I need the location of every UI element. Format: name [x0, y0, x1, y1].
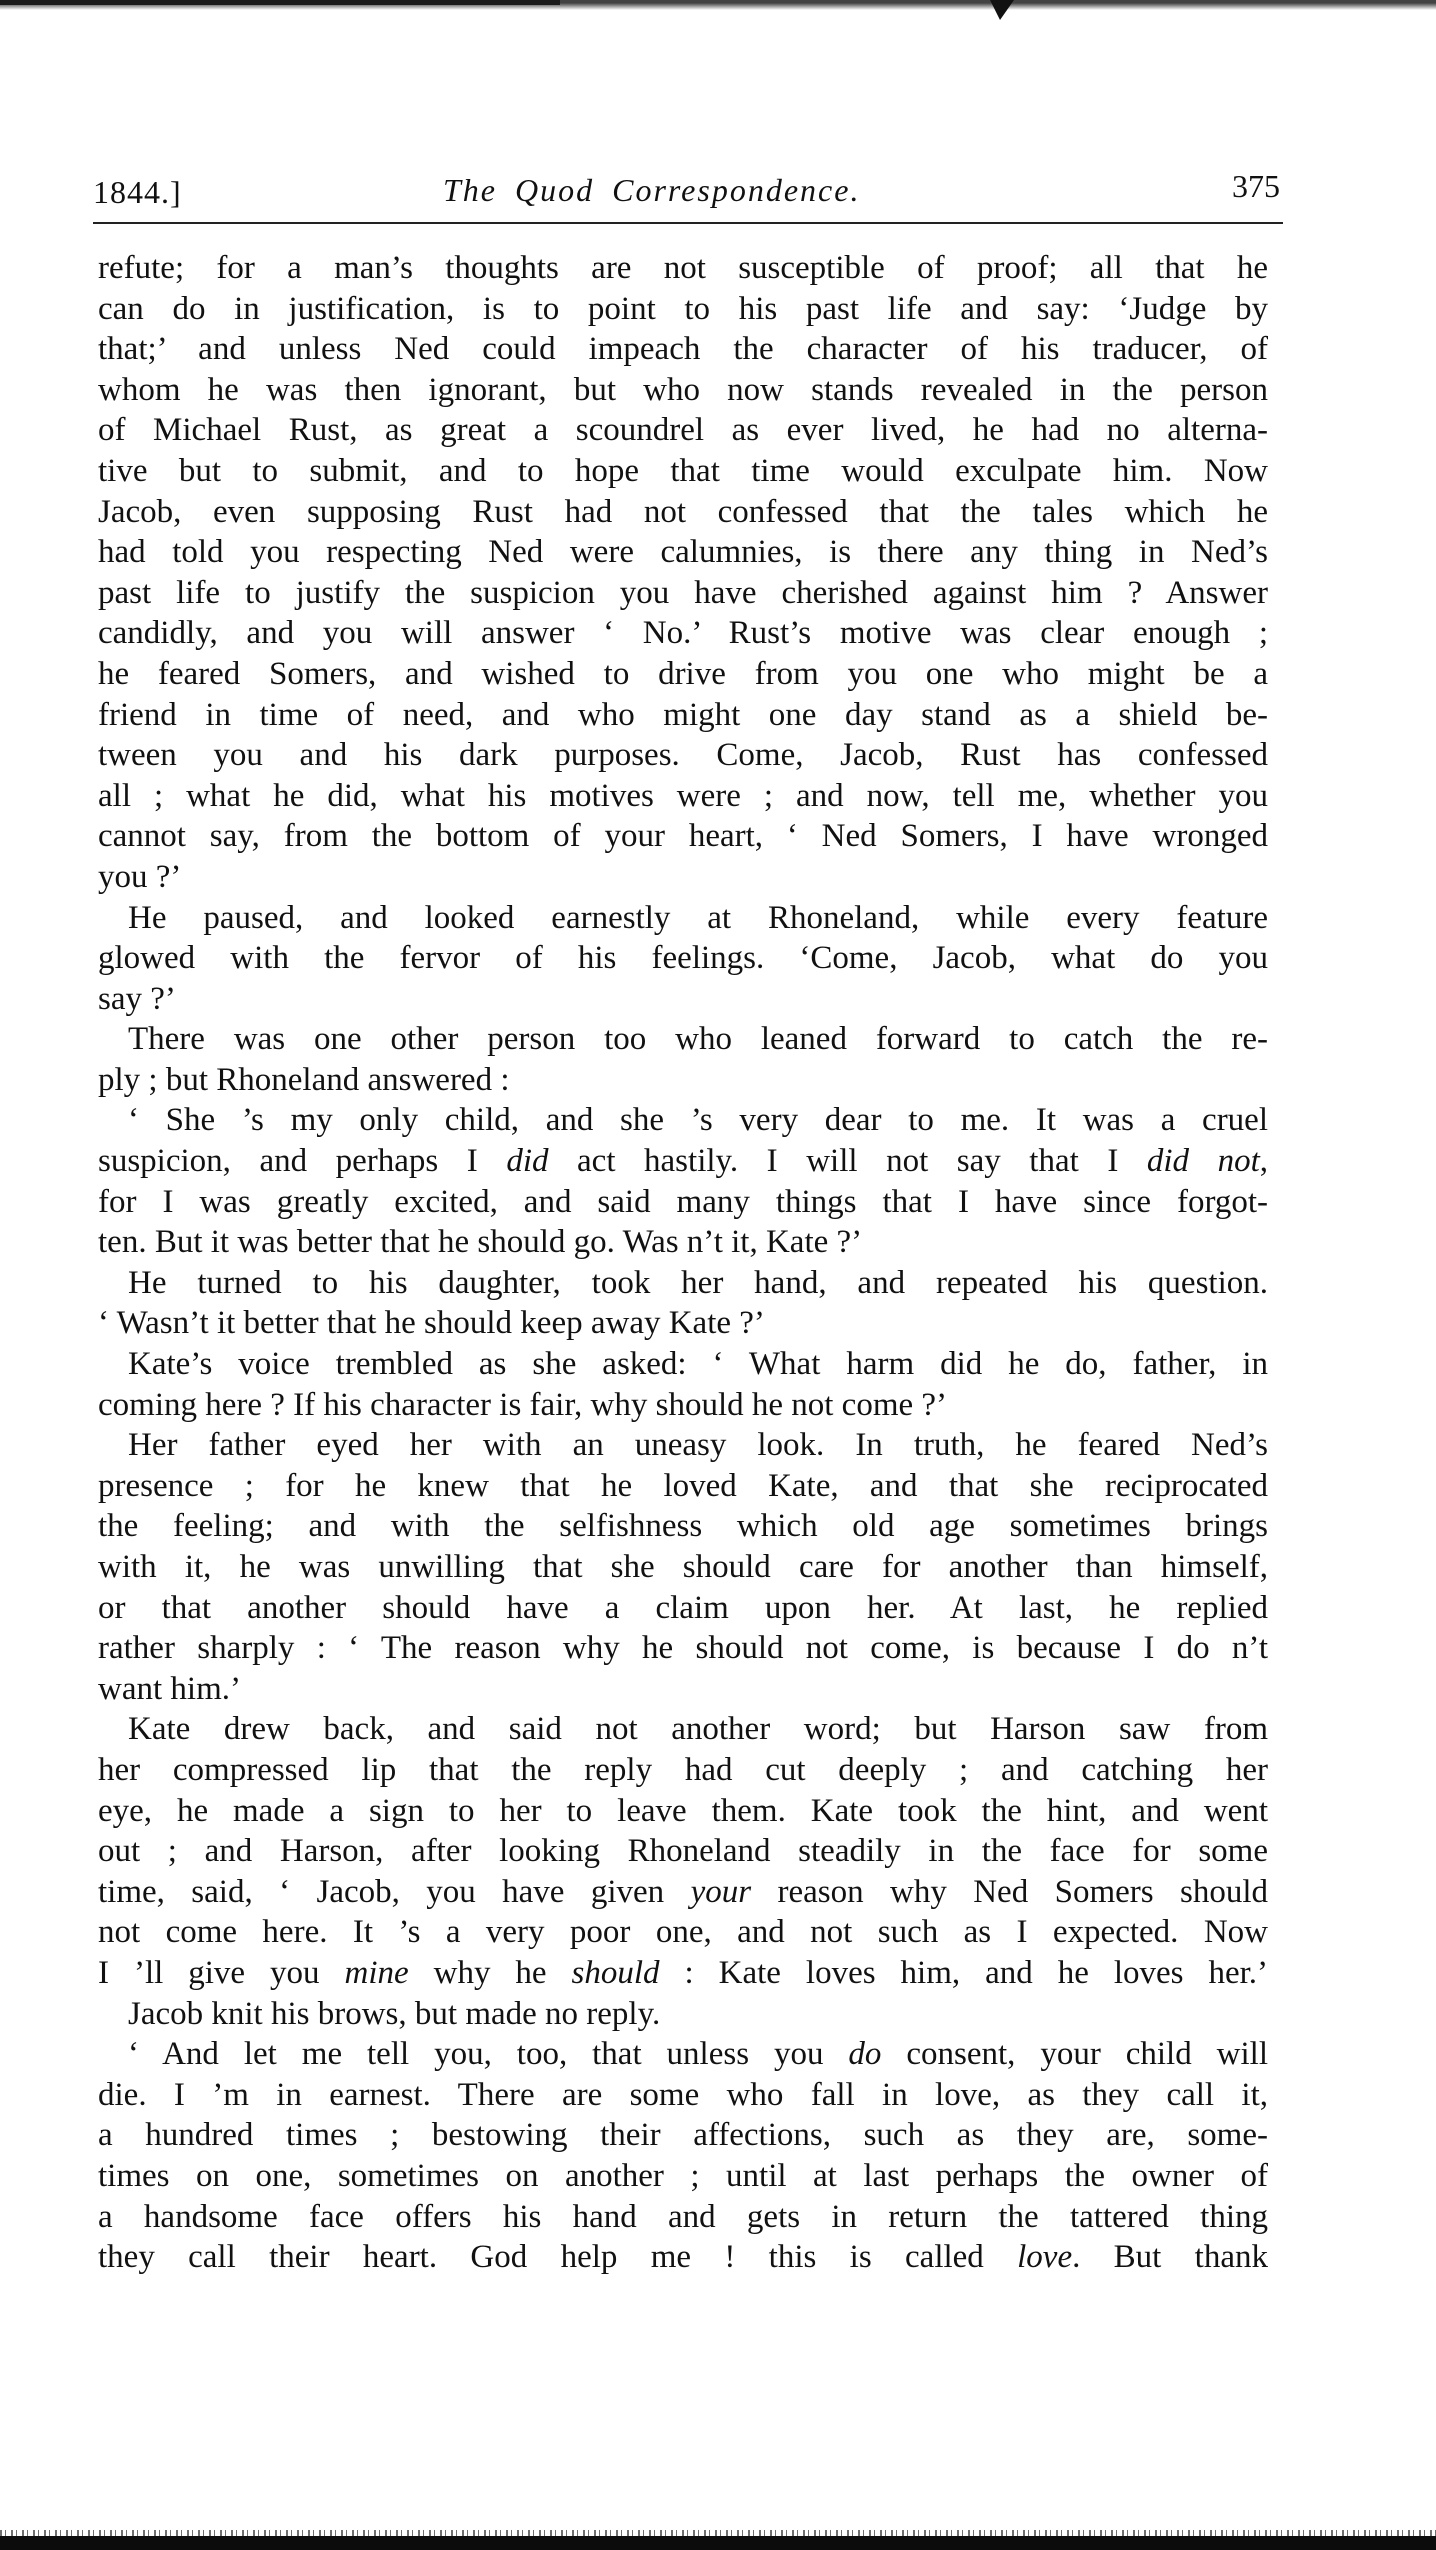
text-segment: why he — [409, 1955, 572, 1991]
scan-edge-bottom — [0, 2536, 1436, 2550]
text-segment: . But thank — [1072, 2239, 1268, 2275]
text-line: out ; and Harson, after looking Rhonelan… — [98, 1831, 1268, 1872]
text-line: past life to justify the suspicion you h… — [98, 573, 1268, 614]
text-line: times on one, sometimes on another ; unt… — [98, 2156, 1268, 2197]
text-line: ten. But it was better that he should go… — [98, 1222, 1268, 1263]
text-line: There was one other person too who leane… — [98, 1019, 1268, 1060]
text-line: suspicion, and perhaps I did act hastily… — [98, 1141, 1268, 1182]
text-line: eye, he made a sign to her to leave them… — [98, 1791, 1268, 1832]
text-line: ‘ She ’s my only child, and she ’s very … — [98, 1100, 1268, 1141]
text-line: of Michael Rust, as great a scoundrel as… — [98, 410, 1268, 451]
text-line: He turned to his daughter, took her hand… — [98, 1263, 1268, 1304]
text-line: with it, he was unwilling that she shoul… — [98, 1547, 1268, 1588]
body-text: refute; for a man’s thoughts are not sus… — [98, 248, 1268, 2278]
page-number: 375 — [1232, 168, 1280, 205]
text-segment: , — [1260, 1143, 1268, 1179]
running-head-title: The Quod Correspondence. — [443, 172, 860, 209]
text-segment: I ’ll give you — [98, 1955, 345, 1991]
text-line: time, said, ‘ Jacob, you have given your… — [98, 1872, 1268, 1913]
text-segment: time, said, ‘ Jacob, you have given — [98, 1874, 691, 1910]
book-page: 1844.] The Quod Correspondence. 375 refu… — [118, 160, 1270, 210]
text-line: want him.’ — [98, 1669, 1268, 1710]
text-line: ‘ And let me tell you, too, that unless … — [98, 2034, 1268, 2075]
text-line: candidly, and you will answer ‘ No.’ Rus… — [98, 613, 1268, 654]
text-line: her compressed lip that the reply had cu… — [98, 1750, 1268, 1791]
text-line: ‘ Wasn’t it better that he should keep a… — [98, 1303, 1268, 1344]
text-line: Kate’s voice trembled as she asked: ‘ Wh… — [98, 1344, 1268, 1385]
text-line: He paused, and looked earnestly at Rhone… — [98, 898, 1268, 939]
running-head: 1844.] The Quod Correspondence. 375 — [118, 160, 1270, 210]
text-line: not come here. It ’s a very poor one, an… — [98, 1912, 1268, 1953]
text-line: you ?’ — [98, 857, 1268, 898]
text-line: refute; for a man’s thoughts are not sus… — [98, 248, 1268, 289]
text-line: whom he was then ignorant, but who now s… — [98, 370, 1268, 411]
text-segment: reason why Ned Somers should — [751, 1874, 1268, 1910]
text-line: coming here ? If his character is fair, … — [98, 1385, 1268, 1426]
text-line: presence ; for he knew that he loved Kat… — [98, 1466, 1268, 1507]
text-segment: act hastily. I will not say that I — [549, 1143, 1147, 1179]
header-rule — [93, 222, 1283, 224]
text-segment: suspicion, and perhaps I — [98, 1143, 506, 1179]
text-line: tive but to submit, and to hope that tim… — [98, 451, 1268, 492]
text-line: that;’ and unless Ned could impeach the … — [98, 329, 1268, 370]
scan-edge-top-dark — [0, 0, 560, 5]
text-line: say ?’ — [98, 979, 1268, 1020]
text-line: glowed with the fervor of his feelings. … — [98, 938, 1268, 979]
text-line: Her father eyed her with an uneasy look.… — [98, 1425, 1268, 1466]
text-line: had told you respecting Ned were calumni… — [98, 532, 1268, 573]
text-line: ply ; but Rhoneland answered : — [98, 1060, 1268, 1101]
italic-emphasis: did — [506, 1143, 548, 1179]
text-line: friend in time of need, and who might on… — [98, 695, 1268, 736]
italic-emphasis: your — [691, 1874, 752, 1910]
text-line: tween you and his dark purposes. Come, J… — [98, 735, 1268, 776]
text-segment: consent, your child will — [881, 2036, 1268, 2072]
text-line: rather sharply : ‘ The reason why he sho… — [98, 1628, 1268, 1669]
text-segment: ‘ And let me tell you, too, that unless … — [128, 2036, 848, 2072]
scan-ink-blot — [990, 0, 1014, 20]
running-head-date: 1844.] — [93, 174, 182, 211]
text-line: Jacob knit his brows, but made no reply. — [98, 1994, 1268, 2035]
text-line: I ’ll give you mine why he should : Kate… — [98, 1953, 1268, 1994]
text-line: for I was greatly excited, and said many… — [98, 1182, 1268, 1223]
text-line: can do in justification, is to point to … — [98, 289, 1268, 330]
text-line: or that another should have a claim upon… — [98, 1588, 1268, 1629]
text-line: the feeling; and with the selfishness wh… — [98, 1506, 1268, 1547]
text-line: he feared Somers, and wished to drive fr… — [98, 654, 1268, 695]
italic-emphasis: did not — [1147, 1143, 1260, 1179]
text-line: a handsome face offers his hand and gets… — [98, 2197, 1268, 2238]
text-line: die. I ’m in earnest. There are some who… — [98, 2075, 1268, 2116]
text-line: all ; what he did, what his motives were… — [98, 776, 1268, 817]
italic-emphasis: love — [1017, 2239, 1072, 2275]
text-line: Jacob, even supposing Rust had not confe… — [98, 492, 1268, 533]
text-segment: : Kate loves him, and he loves her.’ — [660, 1955, 1268, 1991]
italic-emphasis: mine — [345, 1955, 409, 1991]
italic-emphasis: do — [848, 2036, 881, 2072]
text-line: they call their heart. God help me ! thi… — [98, 2237, 1268, 2278]
italic-emphasis: should — [572, 1955, 660, 1991]
text-line: Kate drew back, and said not another wor… — [98, 1709, 1268, 1750]
text-line: cannot say, from the bottom of your hear… — [98, 816, 1268, 857]
text-segment: they call their heart. God help me ! thi… — [98, 2239, 1017, 2275]
text-line: a hundred times ; bestowing their affect… — [98, 2115, 1268, 2156]
